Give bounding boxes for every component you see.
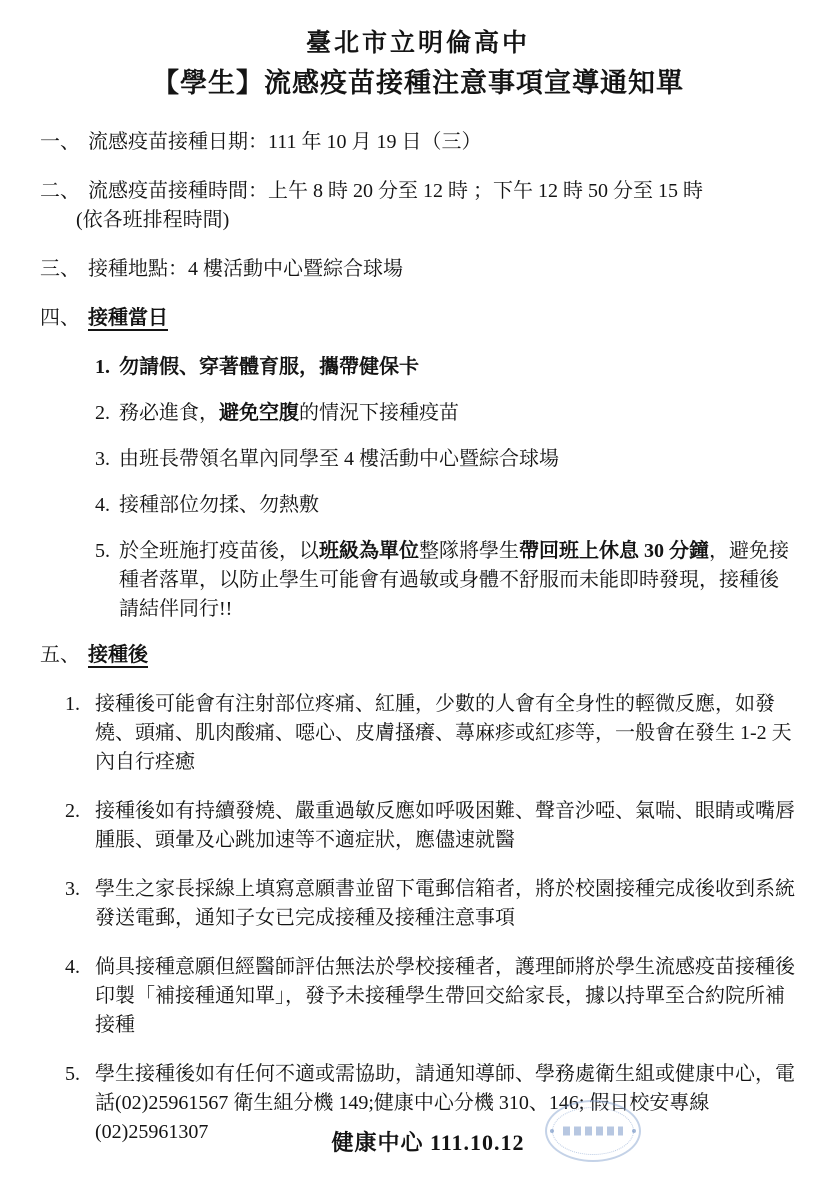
list-item: 3. 由班長帶領名單內同學至 4 樓活動中心暨綜合球場 (95, 445, 796, 474)
section-3-location: 三、 接種地點：4 樓活動中心暨綜合球場 (40, 255, 796, 284)
item-text: 接種部位勿揉、勿熱敷 (119, 491, 796, 520)
section-1-date: 一、 流感疫苗接種日期：111 年 10 月 19 日（三） (40, 128, 796, 157)
item-text: 由班長帶領名單內同學至 4 樓活動中心暨綜合球場 (119, 445, 796, 474)
item-number: 4. (65, 953, 95, 1040)
stamp-dot (632, 1129, 636, 1133)
text-segment-bold: 帶回班上休息 30 分鐘 (519, 540, 709, 562)
section-5-heading: 五、 接種後 (40, 641, 796, 670)
text-segment: 務必進食， (119, 402, 219, 424)
item-text: 接種後如有持續發燒、嚴重過敏反應如呼吸困難、聲音沙啞、氣喘、眼睛或嘴唇腫脹、頭暈… (95, 797, 796, 855)
item-number: 1. (65, 690, 95, 777)
text-segment: 於全班施打疫苗後，以 (119, 540, 319, 562)
list-item: 5. 於全班施打疫苗後，以班級為單位整隊將學生帶回班上休息 30 分鐘，避免接種… (95, 537, 796, 624)
document-title: 【學生】流感疫苗接種注意事項宣導通知單 (40, 62, 796, 104)
item-text: 於全班施打疫苗後，以班級為單位整隊將學生帶回班上休息 30 分鐘，避免接種者落單… (119, 537, 796, 624)
section-heading: 接種後 (88, 641, 796, 670)
section-number: 五、 (40, 641, 88, 670)
school-name: 臺北市立明倫高中 (40, 26, 796, 62)
item-number: 1. (95, 353, 119, 382)
text-segment-bold: 避免空腹 (219, 402, 299, 424)
section-text: 接種地點：4 樓活動中心暨綜合球場 (88, 255, 796, 284)
item-text: 學生之家長採線上填寫意願書並留下電郵信箱者，將於校園接種完成後收到系統發送電郵，… (95, 875, 796, 933)
item-number: 4. (95, 491, 119, 520)
list-item: 4. 倘具接種意願但經醫師評估無法於學校接種者，護理師將於學生流感疫苗接種後印製… (65, 953, 796, 1040)
section-heading: 接種當日 (88, 304, 796, 333)
section-text: 流感疫苗接種日期：111 年 10 月 19 日（三） (88, 128, 796, 157)
list-item: 1. 勿請假、穿著體育服，攜帶健保卡 (95, 353, 796, 382)
list-item: 4. 接種部位勿揉、勿熱敷 (95, 491, 796, 520)
list-item: 2. 接種後如有持續發燒、嚴重過敏反應如呼吸困難、聲音沙啞、氣喘、眼睛或嘴唇腫脹… (65, 797, 796, 855)
notice-document: 臺北市立明倫高中 【學生】流感疫苗接種注意事項宣導通知單 一、 流感疫苗接種日期… (0, 0, 828, 1189)
item-number: 5. (95, 537, 119, 624)
office-stamp-icon (545, 1100, 641, 1162)
section-4-heading: 四、 接種當日 (40, 304, 796, 333)
stamp-illegible-text (563, 1127, 623, 1136)
item-number: 2. (65, 797, 95, 855)
list-item: 3. 學生之家長採線上填寫意願書並留下電郵信箱者，將於校園接種完成後收到系統發送… (65, 875, 796, 933)
text-segment: 的情況下接種疫苗 (299, 402, 459, 424)
text-segment: 流感疫苗接種時間：上午 8 時 20 分至 12 時 ；下午 12 時 50 分… (88, 180, 703, 202)
item-number: 3. (65, 875, 95, 933)
list-item: 1. 接種後可能會有注射部位疼痛、紅腫，少數的人會有全身性的輕微反應，如發燒、頭… (65, 690, 796, 777)
list-item: 2. 務必進食，避免空腹的情況下接種疫苗 (95, 399, 796, 428)
item-text: 倘具接種意願但經醫師評估無法於學校接種者，護理師將於學生流感疫苗接種後印製「補接… (95, 953, 796, 1040)
stamp-dot (550, 1129, 554, 1133)
item-number: 3. (95, 445, 119, 474)
footer-signature: 健康中心 111.10.12 (14, 1126, 828, 1160)
item-number: 2. (95, 399, 119, 428)
text-segment-bold: 班級為單位 (319, 540, 419, 562)
text-segment: 整隊將學生 (419, 540, 519, 562)
section-note: (依各班排程時間) (76, 206, 796, 235)
section-2-time: 二、 流感疫苗接種時間：上午 8 時 20 分至 12 時 ；下午 12 時 5… (40, 177, 796, 235)
section-number: 四、 (40, 304, 88, 333)
item-text: 務必進食，避免空腹的情況下接種疫苗 (119, 399, 796, 428)
section-text: 流感疫苗接種時間：上午 8 時 20 分至 12 時 ；下午 12 時 50 分… (88, 177, 796, 235)
section-number: 一、 (40, 128, 88, 157)
item-text: 接種後可能會有注射部位疼痛、紅腫，少數的人會有全身性的輕微反應，如發燒、頭痛、肌… (95, 690, 796, 777)
item-text: 勿請假、穿著體育服，攜帶健保卡 (119, 353, 796, 382)
section-number: 三、 (40, 255, 88, 284)
